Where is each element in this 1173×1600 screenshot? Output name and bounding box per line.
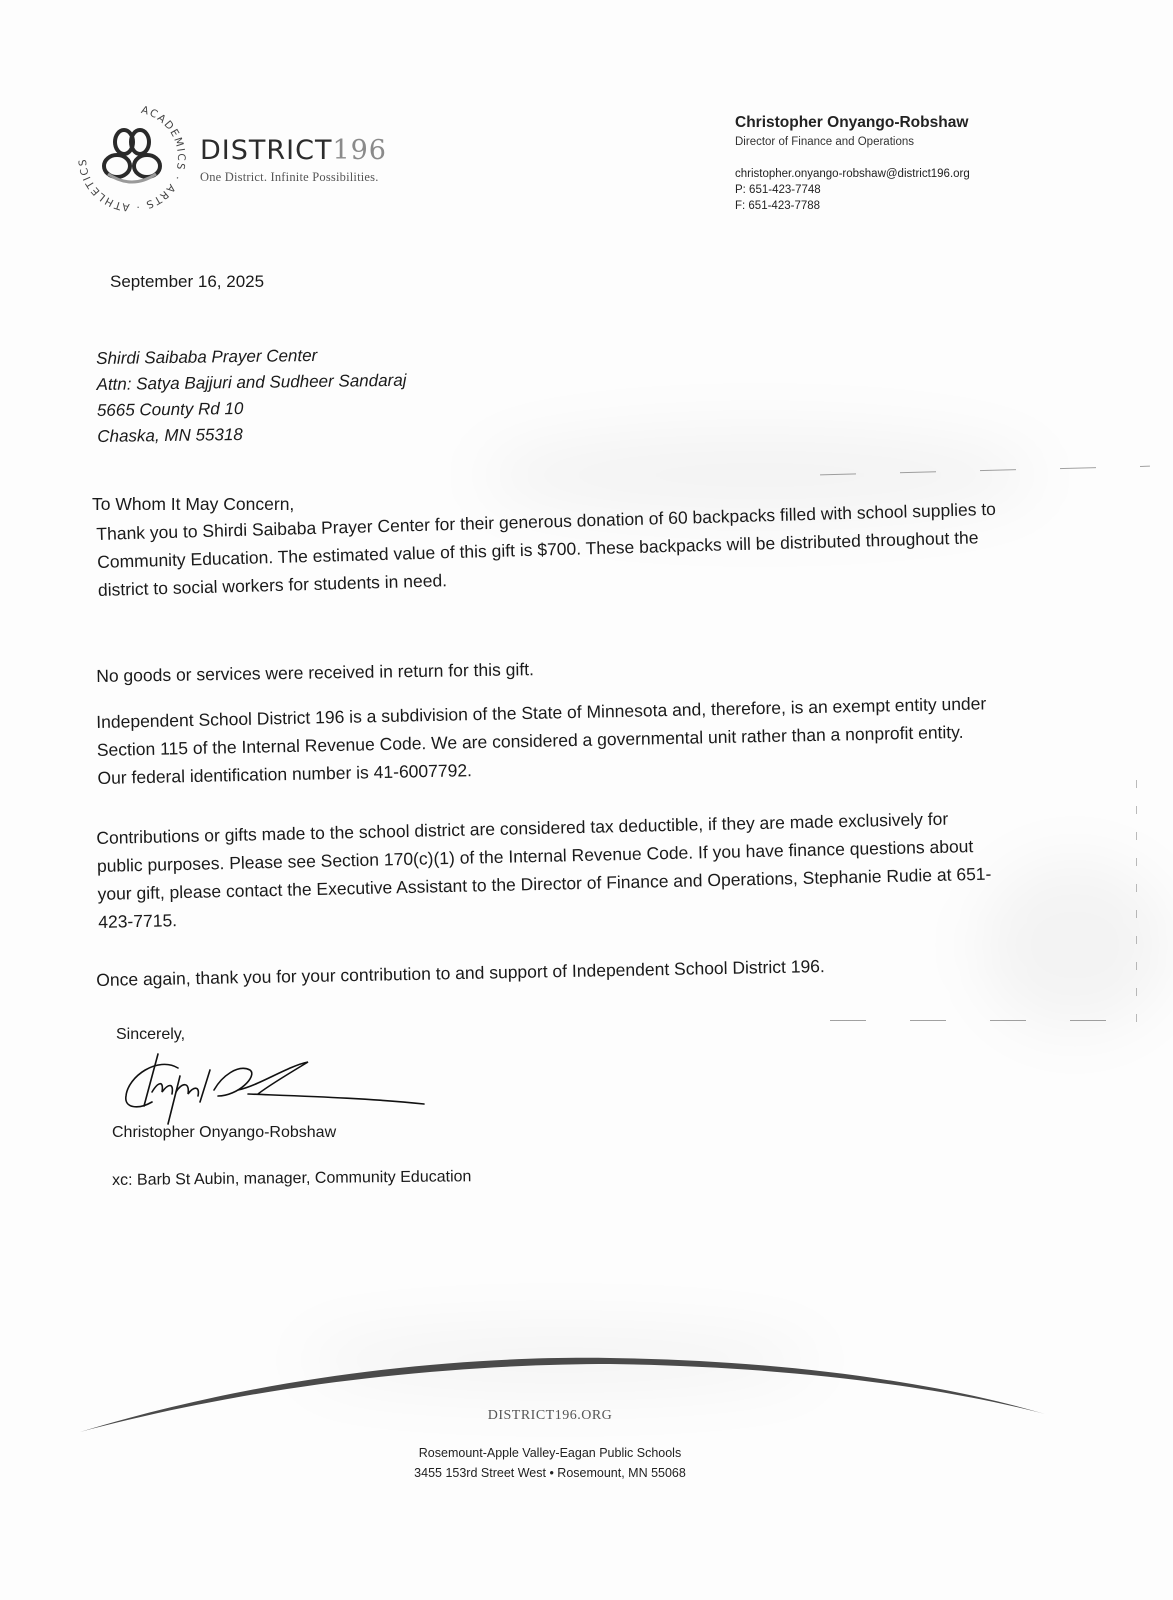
salutation: To Whom It May Concern,	[92, 494, 294, 515]
paper-edge	[1136, 780, 1137, 1030]
footer-website[interactable]: DISTRICT196.ORG	[0, 1408, 1100, 1424]
paragraph-tax-deductible: Contributions or gifts made to the schoo…	[96, 804, 998, 936]
svg-text:ACADEMICS · ARTS · ATHLETICS: ACADEMICS · ARTS · ATHLETICS	[77, 104, 187, 213]
brand-name: DISTRICT196	[200, 136, 387, 166]
sender-phone: P: 651-423-7748	[735, 182, 970, 198]
sender-block: Christopher Onyango-Robshaw Director of …	[735, 114, 970, 214]
paragraph-thanks: Once again, thank you for your contribut…	[96, 952, 825, 994]
knot-emblem-icon: ACADEMICS · ARTS · ATHLETICS	[72, 98, 192, 218]
letter-page: ACADEMICS · ARTS · ATHLETICS DISTRICT196…	[0, 0, 1173, 1600]
sender-name: Christopher Onyango-Robshaw	[735, 114, 970, 132]
brand-block: DISTRICT196 One District. Infinite Possi…	[200, 136, 387, 185]
paragraph-no-goods: No goods or services were received in re…	[96, 655, 534, 690]
recipient-line: Attn: Satya Bajjuri and Sudheer Sandaraj	[96, 368, 406, 398]
sender-fax: F: 651-423-7788	[735, 198, 970, 214]
handwritten-signature-icon	[118, 1046, 438, 1126]
paragraph-exempt-status: Independent School District 196 is a sub…	[96, 689, 998, 792]
sender-email[interactable]: christopher.onyango-robshaw@district196.…	[735, 166, 970, 182]
scan-shadow	[980, 860, 1170, 1030]
recipient-address: Shirdi Saibaba Prayer Center Attn: Satya…	[96, 342, 407, 450]
footer-swoosh	[70, 1340, 1050, 1440]
closing: Sincerely,	[116, 1026, 185, 1044]
letter-date: September 16, 2025	[110, 272, 264, 292]
sender-contact: christopher.onyango-robshaw@district196.…	[735, 166, 970, 214]
brand-tagline: One District. Infinite Possibilities.	[200, 170, 387, 185]
footer-address: 3455 153rd Street West • Rosemount, MN 5…	[0, 1466, 1100, 1480]
signer-name: Christopher Onyango-Robshaw	[112, 1124, 336, 1142]
fold-line	[830, 1020, 1120, 1021]
footer-organization: Rosemount-Apple Valley-Eagan Public Scho…	[0, 1446, 1100, 1460]
recipient-line: Chaska, MN 55318	[97, 420, 407, 450]
sender-title: Director of Finance and Operations	[735, 136, 970, 148]
carbon-copy: xc: Barb St Aubin, manager, Community Ed…	[112, 1168, 471, 1190]
